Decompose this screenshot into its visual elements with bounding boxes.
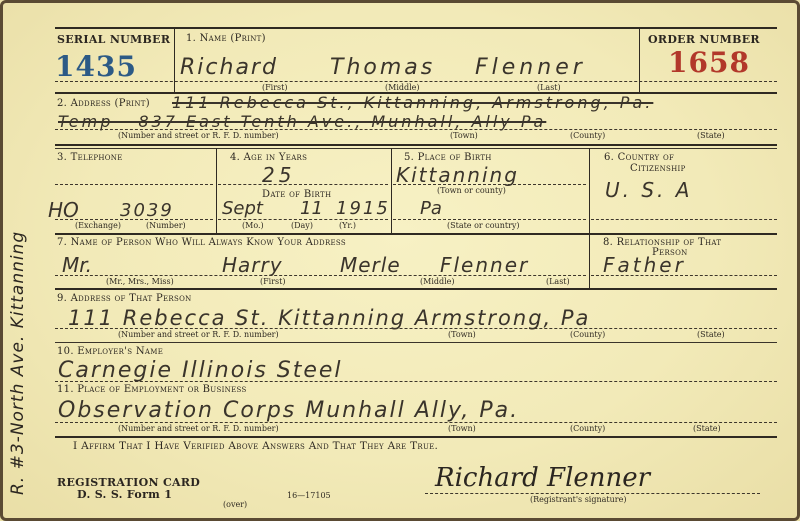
sub-county: (County) bbox=[570, 131, 605, 140]
order-number-label: ORDER NUMBER bbox=[648, 33, 760, 46]
rule bbox=[55, 288, 777, 290]
contact-first: Harry bbox=[222, 253, 283, 277]
telephone-number: 3039 bbox=[120, 200, 174, 221]
sub-state: (State) bbox=[697, 330, 725, 339]
employer-label: 10. Employer's Name bbox=[57, 346, 163, 357]
margin-annotation: R. #3-North Ave. Kittanning bbox=[8, 231, 28, 495]
print-code: 16—17105 bbox=[287, 491, 331, 500]
name-middle: Thomas bbox=[330, 55, 435, 80]
contact-address-label: 9. Address of That Person bbox=[57, 293, 192, 304]
sub-county: (County) bbox=[570, 330, 605, 339]
birthplace-state: Pa bbox=[420, 198, 442, 219]
telephone-label: 3. Telephone bbox=[57, 152, 123, 163]
sub-town: (Town) bbox=[448, 330, 476, 339]
name-label: 1. Name (Print) bbox=[186, 33, 266, 44]
order-number-value: 1658 bbox=[668, 46, 750, 79]
sub-state-country: (State or country) bbox=[447, 221, 520, 230]
dob-month: Sept bbox=[222, 198, 263, 219]
dotted-line bbox=[55, 328, 777, 329]
rule bbox=[55, 233, 777, 235]
sub-title: (Mr., Mrs., Miss) bbox=[106, 277, 174, 286]
address-dotted-line bbox=[55, 129, 777, 130]
divider bbox=[391, 148, 392, 233]
sub-town: (Town) bbox=[448, 424, 476, 433]
dotted-line bbox=[591, 219, 777, 220]
name-dotted-line bbox=[55, 81, 777, 82]
divider bbox=[174, 28, 175, 92]
sub-day: (Day) bbox=[291, 221, 313, 230]
sub-mo: (Mo.) bbox=[242, 221, 264, 230]
employer-value: Carnegie Illinois Steel bbox=[58, 358, 343, 383]
employment-place-value: Observation Corps Munhall Ally, Pa. bbox=[58, 398, 519, 423]
rule bbox=[55, 342, 777, 343]
age-label: 4. Age in Years bbox=[230, 152, 307, 163]
contact-middle: Merle bbox=[340, 253, 401, 277]
name-first: Richard bbox=[180, 55, 278, 80]
dotted-line bbox=[218, 219, 388, 220]
sub-last: (Last) bbox=[537, 83, 561, 92]
contact-last: Flenner bbox=[440, 253, 529, 277]
affirmation-text: I Affirm That I Have Verified Above Answ… bbox=[73, 440, 438, 452]
form-number: D. S. S. Form 1 bbox=[77, 488, 172, 501]
sub-street: (Number and street or R. F. D. number) bbox=[118, 131, 279, 140]
dotted-line bbox=[218, 184, 388, 185]
sub-street: (Number and street or R. F. D. number) bbox=[118, 330, 279, 339]
sub-first: (First) bbox=[260, 277, 286, 286]
address-line1-struck: 111 Rebecca St., Kittanning, Armstrong, … bbox=[172, 93, 653, 112]
relationship-value: Father bbox=[603, 253, 686, 277]
birthplace-label: 5. Place of Birth bbox=[404, 152, 492, 163]
dotted-line bbox=[393, 219, 586, 220]
rule bbox=[55, 148, 777, 149]
name-last: Flenner bbox=[475, 55, 586, 80]
serial-number-label: SERIAL NUMBER bbox=[57, 33, 170, 46]
divider bbox=[589, 233, 590, 288]
registrant-signature: Richard Flenner bbox=[435, 463, 650, 493]
signature-label: (Registrant's signature) bbox=[530, 495, 626, 504]
dotted-line bbox=[55, 184, 213, 185]
dotted-line bbox=[55, 275, 586, 276]
citizenship-value: U. S. A bbox=[605, 178, 692, 202]
contact-address-value: 111 Rebecca St. Kittanning Armstrong, Pa bbox=[68, 306, 590, 330]
sub-exchange: (Exchange) bbox=[75, 221, 121, 230]
sub-last: (Last) bbox=[546, 277, 570, 286]
sub-middle: (Middle) bbox=[420, 277, 455, 286]
rule bbox=[55, 144, 777, 146]
sub-town: (Town) bbox=[450, 131, 478, 140]
sub-state: (State) bbox=[697, 131, 725, 140]
rule bbox=[55, 436, 777, 438]
dotted-line bbox=[393, 184, 586, 185]
address-label: 2. Address (Print) bbox=[57, 98, 150, 109]
divider bbox=[589, 148, 590, 233]
sub-state: (State) bbox=[693, 424, 721, 433]
registration-card: R. #3-North Ave. Kittanning SERIAL NUMBE… bbox=[0, 0, 800, 521]
citizenship-label: 6. Country of bbox=[604, 152, 674, 163]
top-rule bbox=[55, 27, 777, 29]
sub-first: (First) bbox=[262, 83, 288, 92]
dob-year: 1915 bbox=[336, 198, 390, 219]
dotted-line bbox=[55, 219, 213, 220]
dotted-line bbox=[55, 422, 777, 423]
sub-number: (Number) bbox=[146, 221, 186, 230]
employment-place-label: 11. Place of Employment or Business bbox=[57, 384, 247, 395]
divider bbox=[639, 28, 640, 92]
sub-middle: (Middle) bbox=[385, 83, 420, 92]
dotted-line bbox=[591, 275, 777, 276]
dotted-line bbox=[55, 381, 777, 382]
serial-number-value: 1435 bbox=[55, 50, 137, 83]
citizenship-label-2: Citizenship bbox=[630, 163, 686, 174]
sub-town-county: (Town or county) bbox=[437, 186, 506, 195]
divider bbox=[216, 148, 217, 233]
contact-label: 7. Name of Person Who Will Always Know Y… bbox=[57, 237, 346, 248]
sub-county: (County) bbox=[570, 424, 605, 433]
contact-title: Mr. bbox=[62, 253, 92, 277]
signature-line bbox=[425, 493, 760, 494]
sub-yr: (Yr.) bbox=[339, 221, 356, 230]
over-note: (over) bbox=[223, 500, 247, 509]
dob-day: 11 bbox=[300, 198, 323, 219]
sub-street: (Number and street or R. F. D. number) bbox=[118, 424, 279, 433]
